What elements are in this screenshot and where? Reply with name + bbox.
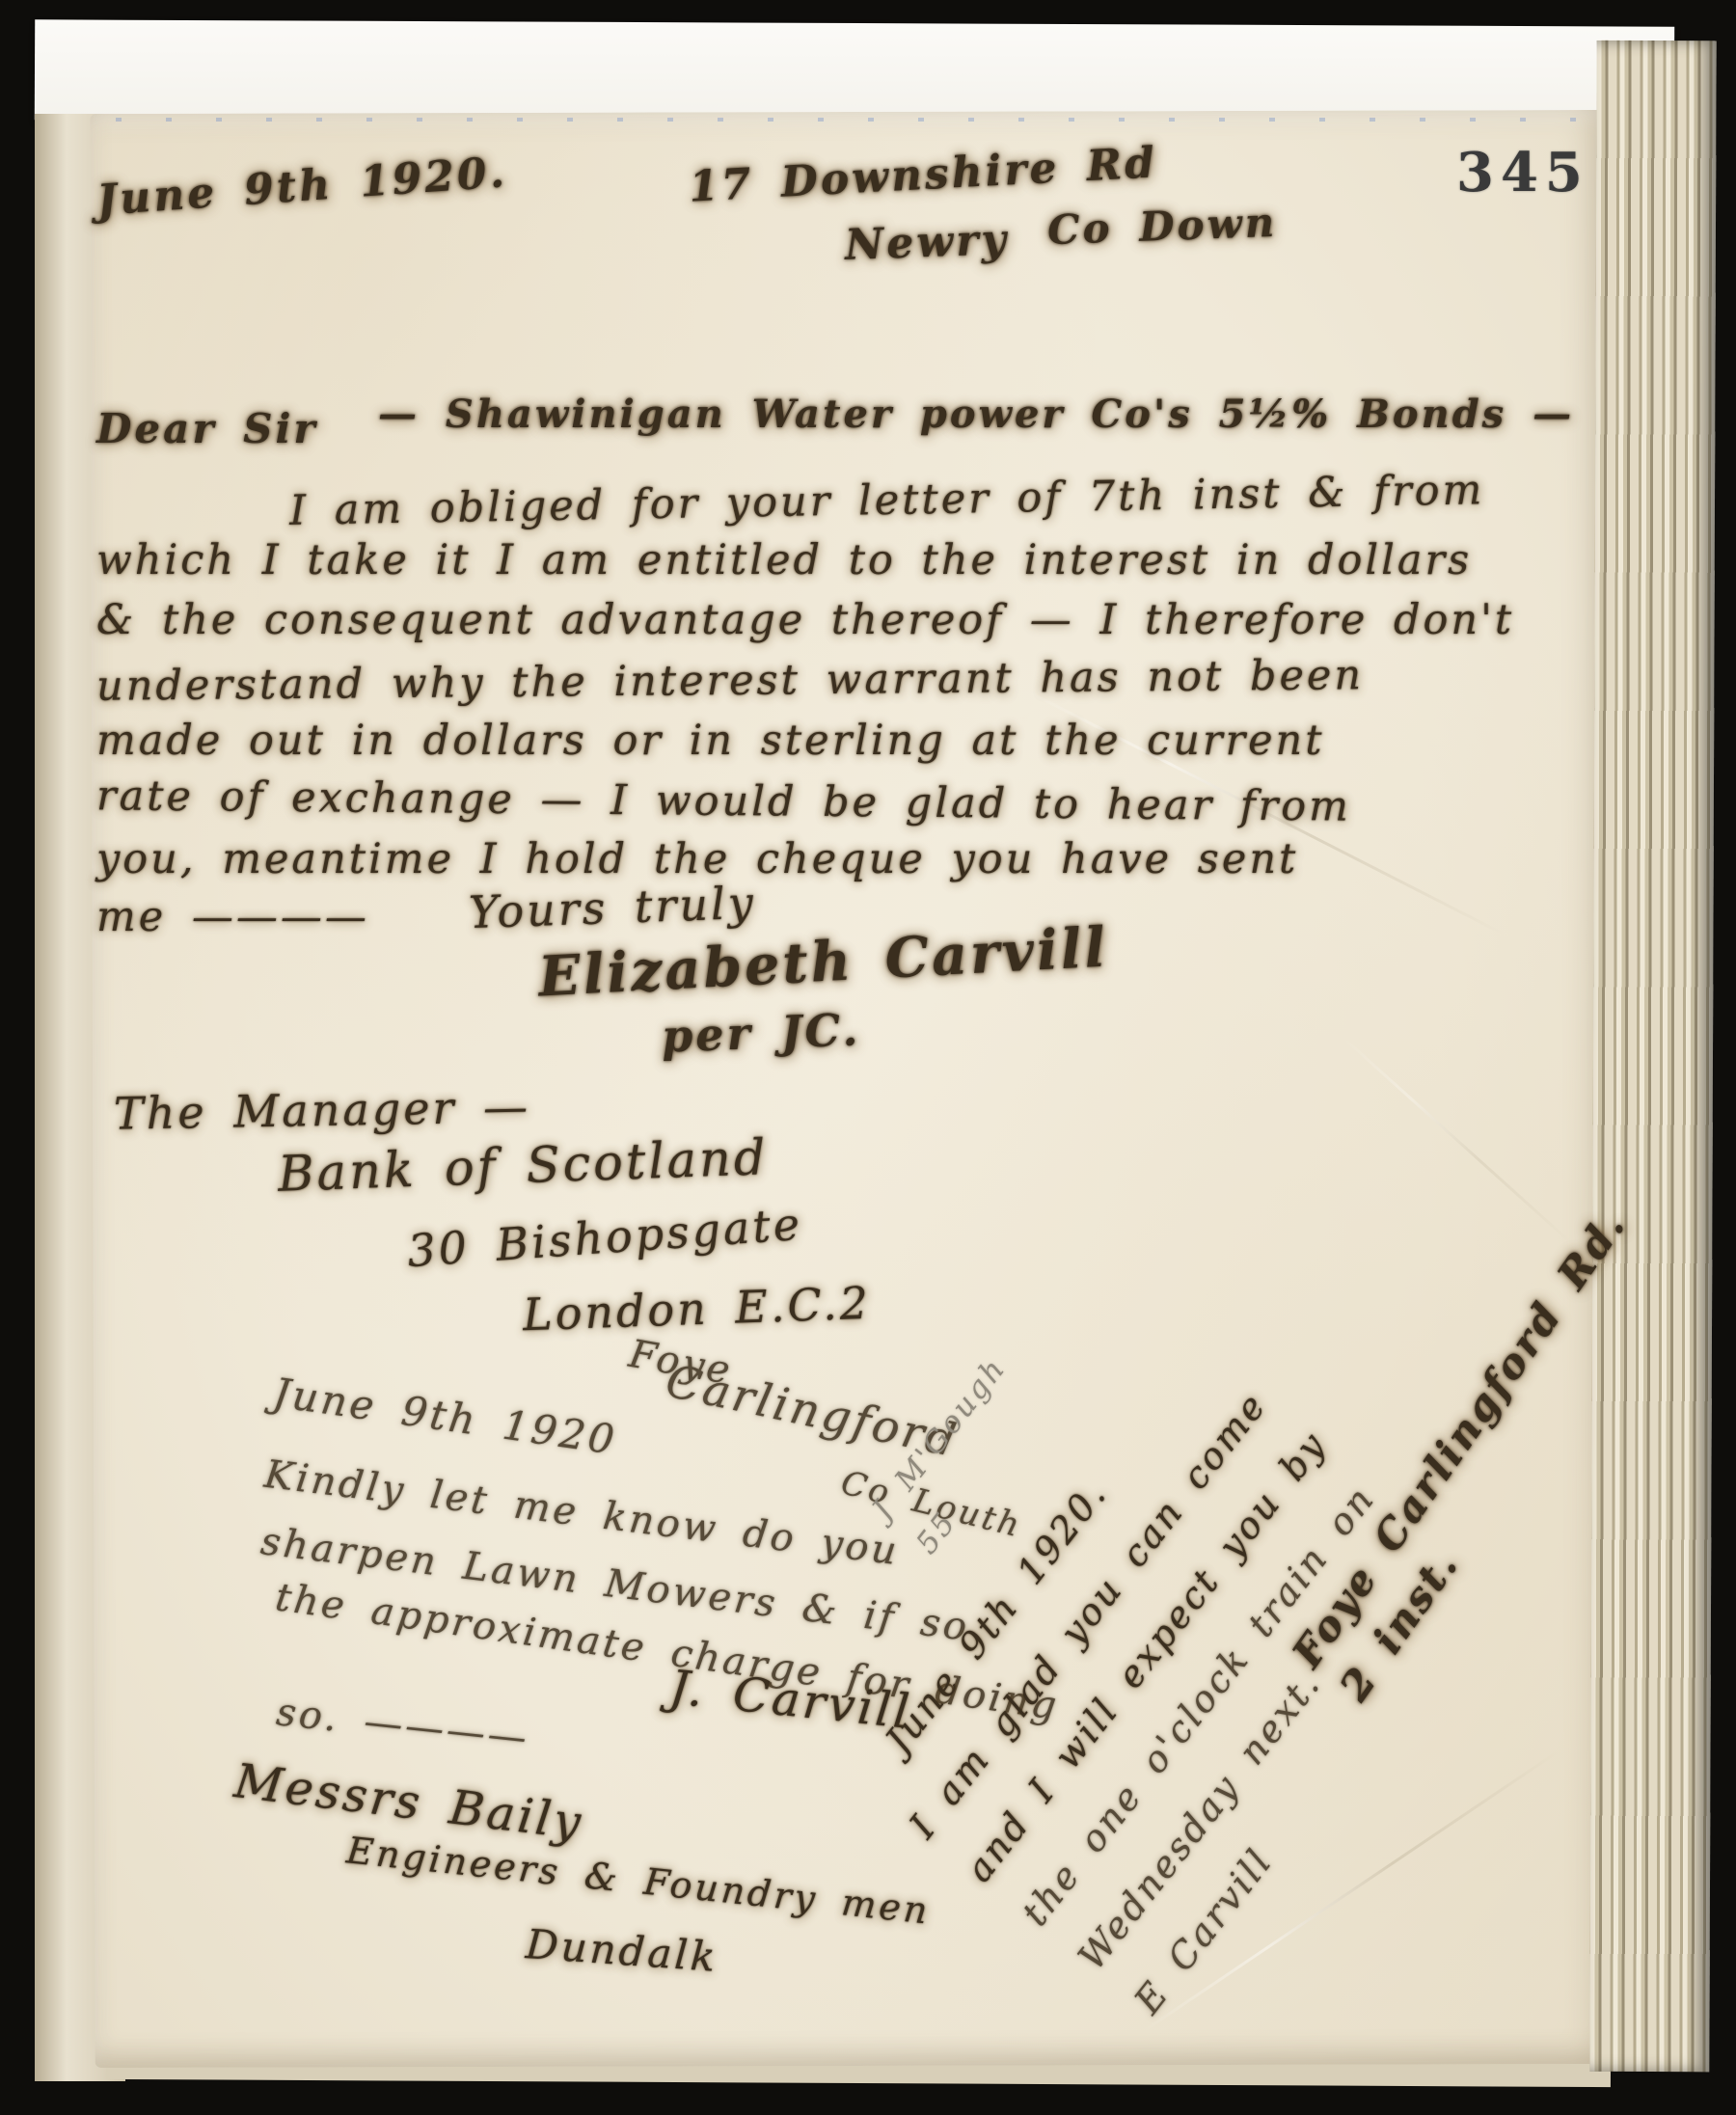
- scanned-letterbook-page: 345 June 9th 1920. 17 Downshire Rd Newry…: [0, 0, 1736, 2115]
- letter1-per-initials: per JC.: [661, 1003, 861, 1062]
- letter1-body-line-3: & the consequent advantage thereof — I t…: [96, 596, 1514, 644]
- book-page-stack-edge: [1589, 41, 1716, 2072]
- letter1-body-line-5: made out in dollars or in sterling at th…: [96, 717, 1325, 765]
- letter1-body-line-2: which I take it I am entitled to the int…: [96, 536, 1472, 584]
- letter1-address-line3: Co Down: [1046, 199, 1278, 254]
- perforation-marks: [116, 118, 1620, 122]
- letter1-addressee-line1: The Manager —: [114, 1080, 531, 1140]
- letter1-body-line-7: you, meantime I hold the cheque you have…: [96, 835, 1298, 883]
- letter1-subject-line: — Shawinigan Water power Co's 5½% Bonds …: [378, 392, 1574, 437]
- letter1-salutation: Dear Sir: [96, 405, 318, 452]
- page-number: 345: [1456, 141, 1589, 204]
- letter1-closing: Yours truly: [468, 877, 756, 938]
- letter1-body-line-8: me ————: [96, 893, 369, 941]
- letter1-address-line2: Newry: [844, 215, 1010, 270]
